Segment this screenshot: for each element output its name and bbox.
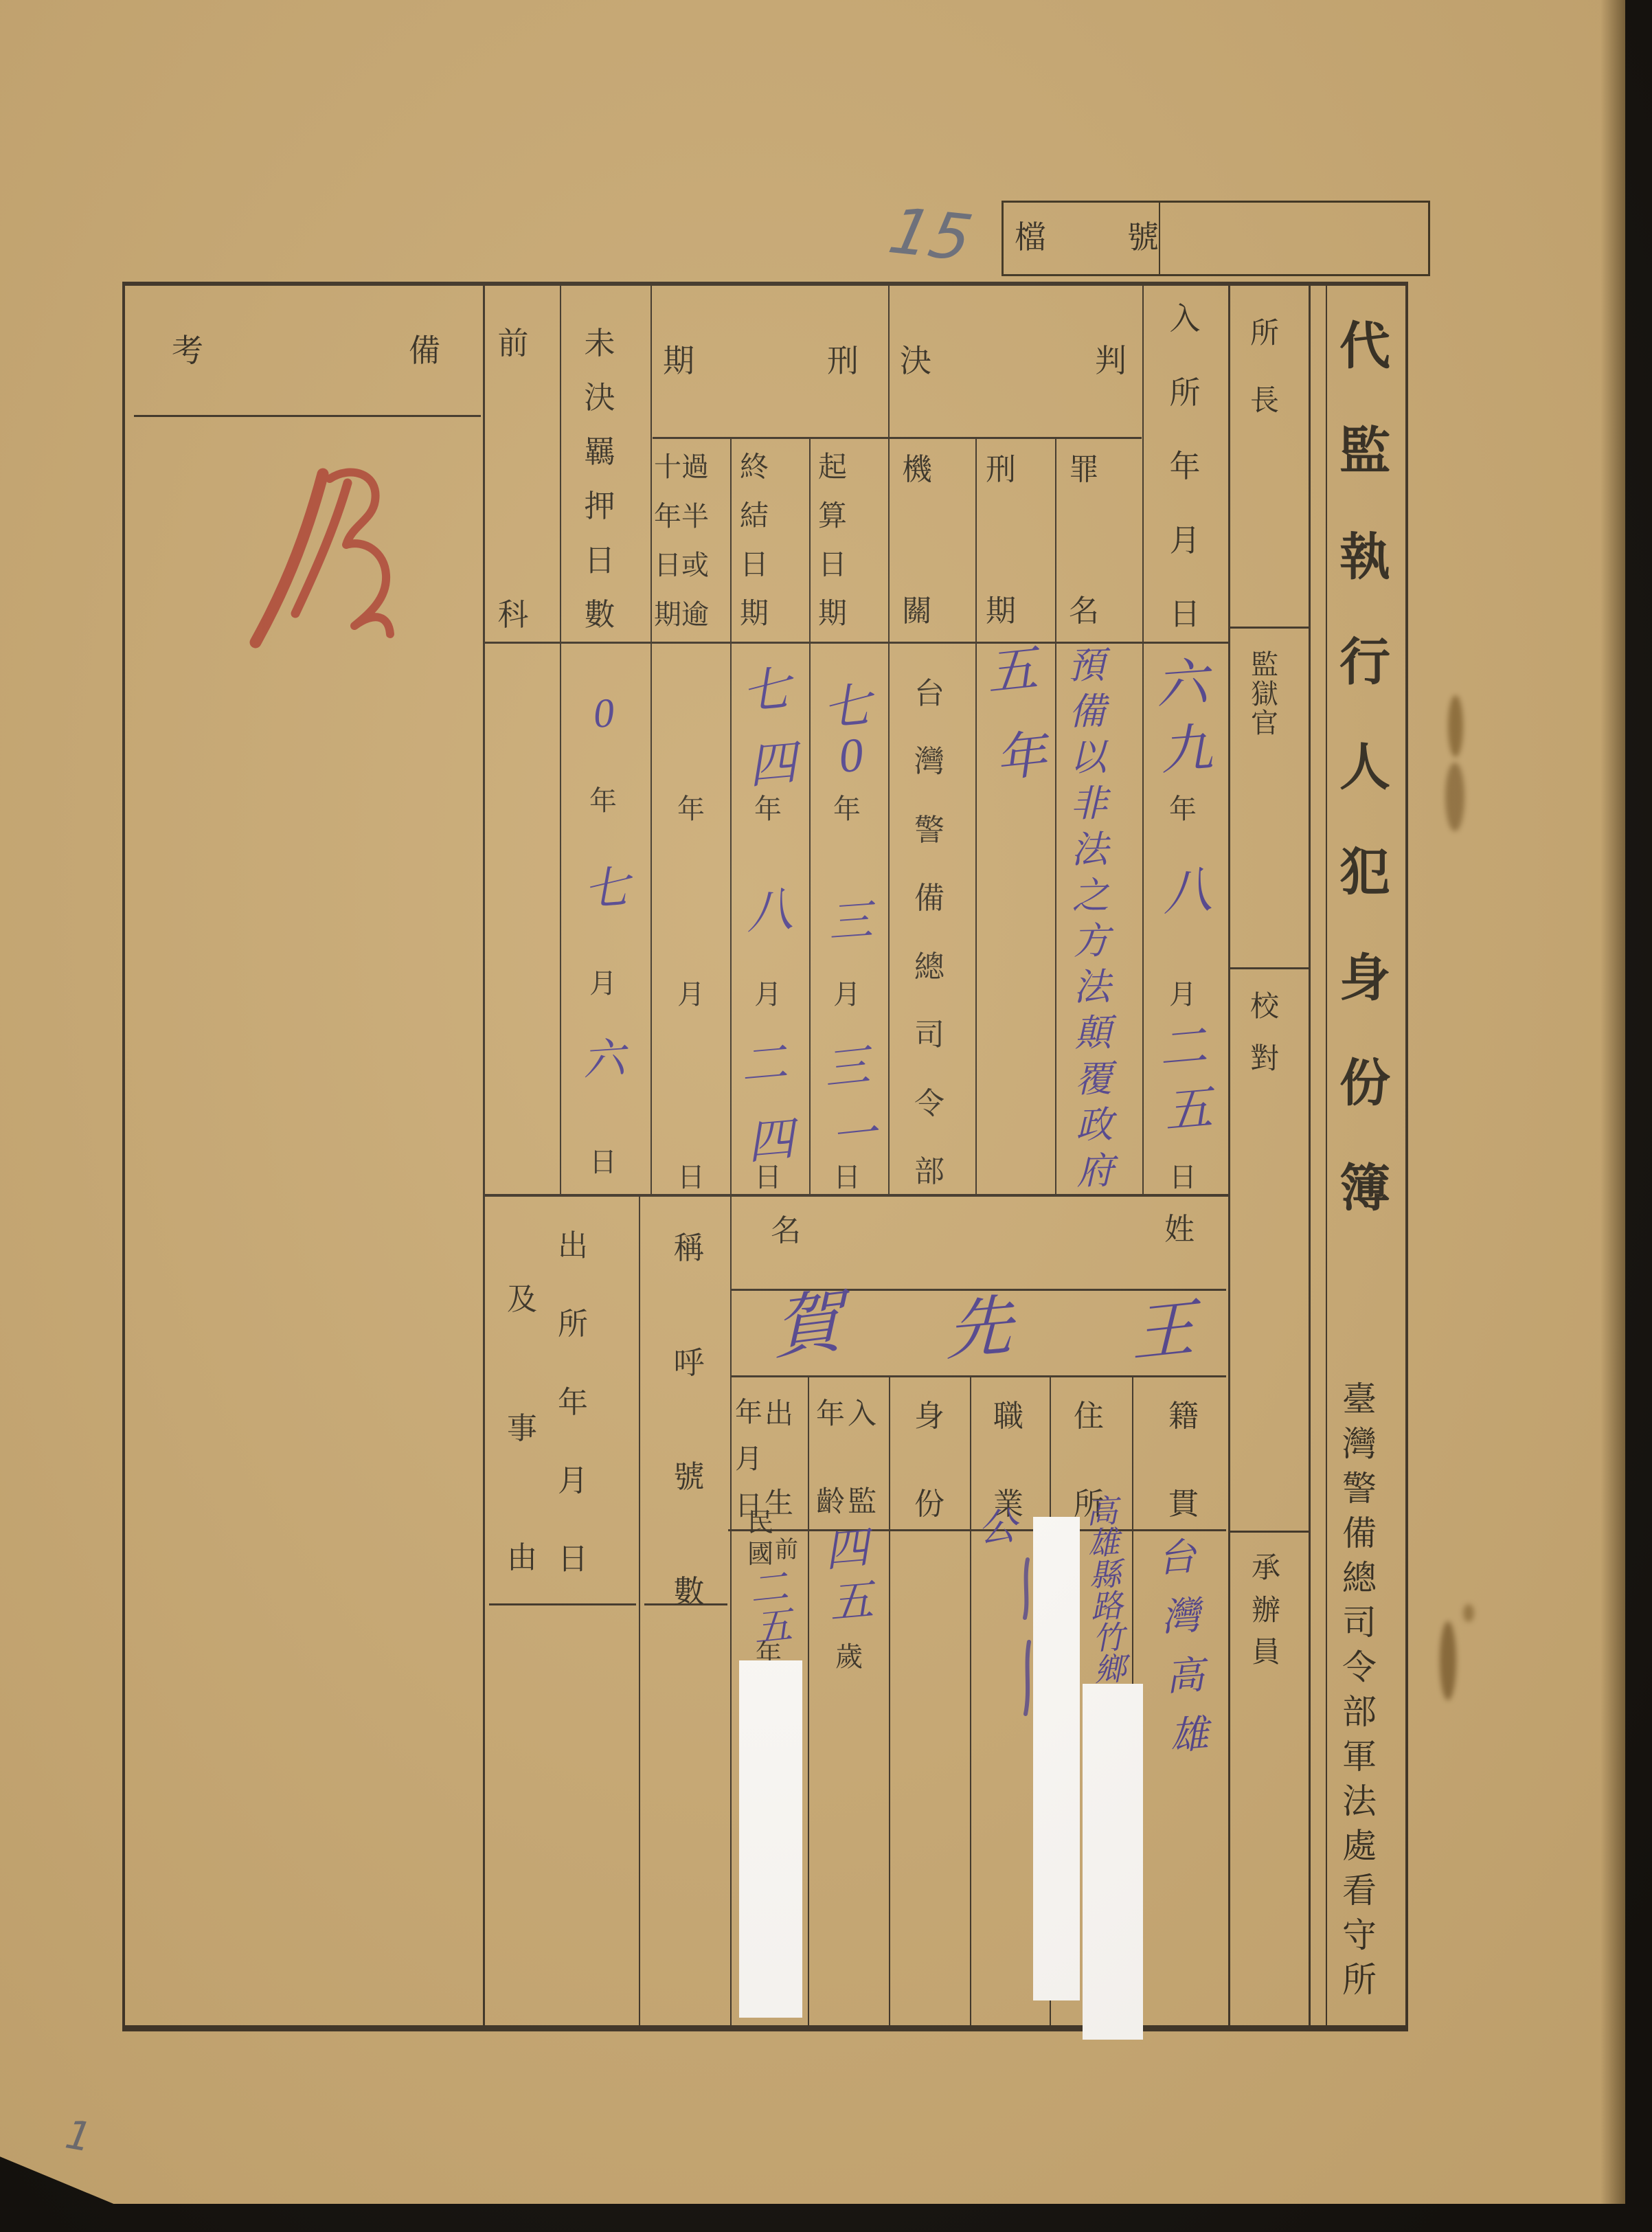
file-number-divider — [1159, 203, 1160, 274]
vline-prior-remand — [560, 283, 561, 1195]
header-bottom-line — [483, 642, 1228, 644]
vline-term-crime — [1055, 437, 1056, 1195]
value-remand-day: 六 — [581, 1037, 626, 1083]
unit-year-remand: 年 — [589, 787, 617, 815]
table-border-bottom — [122, 2025, 1408, 2031]
unit-day-half: 日 — [677, 1164, 705, 1191]
header-native-place: 籍貫 — [1166, 1401, 1201, 1520]
scan-corner-wedge — [0, 2130, 120, 2207]
value-end-day: 二四 — [735, 1039, 799, 1166]
value-remand-month: 七 — [582, 866, 631, 914]
header-remand-days: 未決羈押日數 — [582, 328, 617, 631]
header-prison-age-left: 年齡 — [815, 1400, 846, 1517]
unit-year-end: 年 — [754, 796, 782, 823]
header-prison-age-right: 入監 — [846, 1400, 878, 1517]
header-term-group: 刑期 — [663, 342, 859, 380]
header-discharge-right: 出所年月日 — [556, 1231, 589, 1575]
value-birth-year: 二五 — [745, 1568, 797, 1643]
vline-discharge-callno — [639, 1195, 640, 2027]
page-corner-number: 1 — [63, 2114, 94, 2158]
handwritten-file-number: 15 — [884, 200, 977, 271]
name-value-char1: 王 — [1132, 1296, 1195, 1366]
vline-identity-occupation — [970, 1377, 971, 2027]
paper-stain — [1440, 1621, 1456, 1700]
scanned-prisoner-identity-form: 檔 號 15 備 考 入所年月日 判決 刑期 罪名 刑期 機關 起算日期 終結日… — [0, 0, 1652, 2232]
header-half-or-ten-right: 過半或逾 — [680, 453, 710, 629]
official-warden: 所長 — [1249, 319, 1280, 416]
paper-stain — [1445, 763, 1464, 831]
remarks-underline — [134, 415, 481, 417]
redaction-occupation — [1033, 1517, 1080, 2000]
value-intake-month: 八 — [1161, 866, 1214, 918]
unit-year-intake: 年 — [1169, 796, 1197, 823]
value-native-place: 台灣高雄 — [1151, 1537, 1215, 1757]
value-term: 五年 — [981, 643, 1052, 786]
header-discharge-left: 及事由 — [506, 1285, 539, 1573]
label-birth-pre: 前 — [775, 1539, 798, 1562]
header-birth-left: 年月日 — [734, 1399, 764, 1520]
vline-crime-intake — [1142, 283, 1144, 1195]
paper-stain — [1448, 695, 1463, 757]
header-term: 刑期 — [984, 455, 1018, 627]
header-call-number: 稱呼號數 — [672, 1233, 706, 1608]
name-value-char2: 先 — [946, 1293, 1012, 1365]
redaction-birth-date — [739, 1660, 802, 2018]
name-value-underline — [730, 1375, 1226, 1377]
header-start-date: 起算日期 — [816, 453, 849, 629]
officials-divider-2 — [1228, 967, 1309, 969]
vline-age-identity — [889, 1377, 890, 2027]
unit-day-intake: 日 — [1169, 1164, 1197, 1191]
vline-officials-right — [1309, 282, 1311, 2031]
discharge-underline — [489, 1603, 636, 1605]
value-end-year: 七四 — [736, 666, 802, 792]
name-label-xing: 姓 — [1164, 1215, 1195, 1245]
red-ink-annotation — [213, 443, 419, 677]
paper-stain — [1463, 1604, 1474, 1622]
unit-day-remand: 日 — [589, 1149, 617, 1176]
header-identity: 身份 — [912, 1401, 947, 1520]
scan-edge-bottom — [0, 2204, 1652, 2232]
unit-month-start: 月 — [833, 981, 861, 1008]
subheader-underline — [728, 1529, 1226, 1531]
vline-birth-age — [808, 1377, 809, 2027]
header-judgment-group: 判決 — [900, 342, 1127, 380]
header-intake-date: 入所年月日 — [1168, 304, 1202, 630]
header-crime: 罪名 — [1067, 455, 1101, 627]
value-prison-age: 四五 — [820, 1526, 878, 1626]
table-border-left — [122, 282, 125, 2031]
file-number-label-2: 號 — [1127, 222, 1159, 253]
label-birth-era: 民國 — [746, 1510, 775, 1568]
value-address: 高雄縣路竹鄉 — [1079, 1496, 1133, 1684]
value-occupation: 公 — [977, 1507, 1018, 1548]
official-prison-officer: 監獄官 — [1249, 651, 1280, 737]
vline-termgrp-judgment — [888, 283, 890, 1195]
header-half-or-ten-left: 十年日期 — [653, 453, 683, 629]
value-start-month: 三 — [827, 899, 874, 945]
value-intake-day: 二五 — [1153, 1023, 1218, 1137]
group-header-underline — [653, 437, 1142, 439]
vline-agency-term — [975, 437, 977, 1195]
unit-month-end: 月 — [754, 981, 782, 1008]
unit-month-intake: 月 — [1169, 981, 1197, 1008]
name-value-char3: 賀 — [773, 1287, 842, 1365]
unit-age-sui: 歲 — [835, 1643, 863, 1671]
header-agency: 機關 — [900, 455, 934, 627]
vline-title-left — [1326, 282, 1327, 2031]
scan-edge-right — [1625, 0, 1652, 2232]
unit-month-half: 月 — [677, 981, 705, 1008]
vline-half-end — [730, 437, 732, 2027]
form-title: 代監執行人犯身份簿 — [1335, 322, 1394, 1215]
value-crime: 預備以非法之方法顛覆政府 — [1064, 647, 1118, 1191]
remarks-label-kao: 考 — [172, 335, 203, 367]
value-remand-year: 0 — [592, 692, 615, 734]
file-number-box: 檔 號 — [1002, 201, 1430, 276]
officials-divider-1 — [1228, 627, 1309, 629]
redaction-address — [1083, 1684, 1143, 2040]
value-end-month: 八 — [745, 886, 795, 936]
value-agency: 台灣警備總司令部 — [914, 679, 945, 1187]
value-start-day: 三一 — [820, 1044, 881, 1162]
header-birth-right: 出生 — [764, 1400, 794, 1518]
vline-title-right — [1405, 282, 1408, 2031]
official-proofreader: 校對 — [1249, 993, 1280, 1074]
unit-year-start: 年 — [833, 796, 861, 823]
unit-month-remand: 月 — [589, 970, 617, 997]
unit-year-half: 年 — [677, 796, 705, 823]
value-intake-year: 六九 — [1151, 656, 1217, 778]
remarks-label-bei: 備 — [409, 335, 440, 367]
table-border-top — [122, 282, 1408, 286]
header-occupation: 職業 — [991, 1401, 1026, 1520]
lower-section-top-line — [483, 1194, 1228, 1197]
officials-divider-3 — [1228, 1531, 1309, 1533]
name-label-ming: 名 — [771, 1216, 801, 1246]
vline-end-start — [809, 437, 811, 1195]
paper-edge-shadow — [1600, 0, 1625, 2232]
file-number-label-1: 檔 — [1015, 222, 1046, 253]
vline-officials-left — [1228, 282, 1230, 2031]
value-start-year: 七0 — [819, 682, 879, 782]
header-prior-record: 前科 — [496, 328, 530, 631]
header-end-date: 終結日期 — [738, 453, 771, 629]
official-clerk: 承辦員 — [1250, 1554, 1282, 1667]
vline-remand-termgrp — [650, 283, 652, 1195]
organization-name: 臺灣警備總司令部軍法處看守所 — [1339, 1382, 1379, 1997]
unit-day-start: 日 — [833, 1164, 861, 1191]
vline-remarks-right — [483, 283, 485, 2028]
